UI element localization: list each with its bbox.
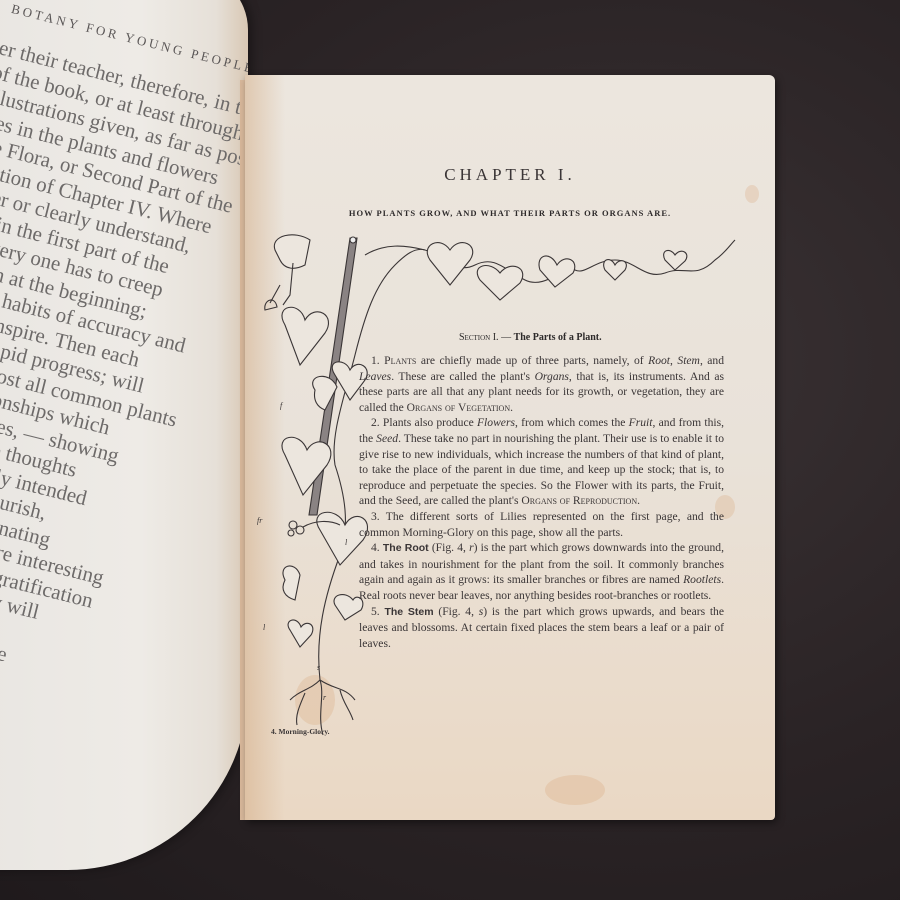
figure-caption: 4. Morning-Glory. — [271, 727, 330, 736]
right-page: CHAPTER I. HOW PLANTS GROW, AND WHAT THE… — [245, 75, 775, 820]
section-title: Section I. — The Parts of a Plant. — [459, 332, 602, 343]
figure-label-fr: fr — [257, 516, 263, 525]
figure-label-l: l — [263, 623, 266, 632]
paragraph-number: 2. — [371, 416, 383, 429]
figure-label-f: f — [280, 401, 284, 410]
paragraph-4: 4. The Root (Fig. 4, r) is the part whic… — [359, 540, 724, 603]
paragraph-1: 1. Plants are chiefly made up of three p… — [359, 353, 724, 415]
paragraph-3: 3. The different sorts of Lilies represe… — [359, 509, 724, 540]
left-page-text: BOTANY FOR YOUNG PEOPLE. class under the… — [0, 0, 248, 43]
body-text: 1. Plants are chiefly made up of three p… — [359, 353, 724, 651]
paragraph-5: 5. The Stem (Fig. 4, s) is the part whic… — [359, 604, 724, 652]
paragraph-number: 4. — [371, 541, 383, 554]
paragraph-number: 3. — [371, 510, 386, 523]
paragraph-number: 5. — [371, 605, 384, 618]
paragraph-2: 2. Plants also produce Flowers, from whi… — [359, 415, 724, 509]
figure-label-r: r — [323, 693, 327, 702]
paragraph-number: 1. — [371, 354, 384, 367]
left-page: BOTANY FOR YOUNG PEOPLE. class under the… — [0, 0, 248, 870]
figure-label-s: s — [317, 663, 320, 672]
